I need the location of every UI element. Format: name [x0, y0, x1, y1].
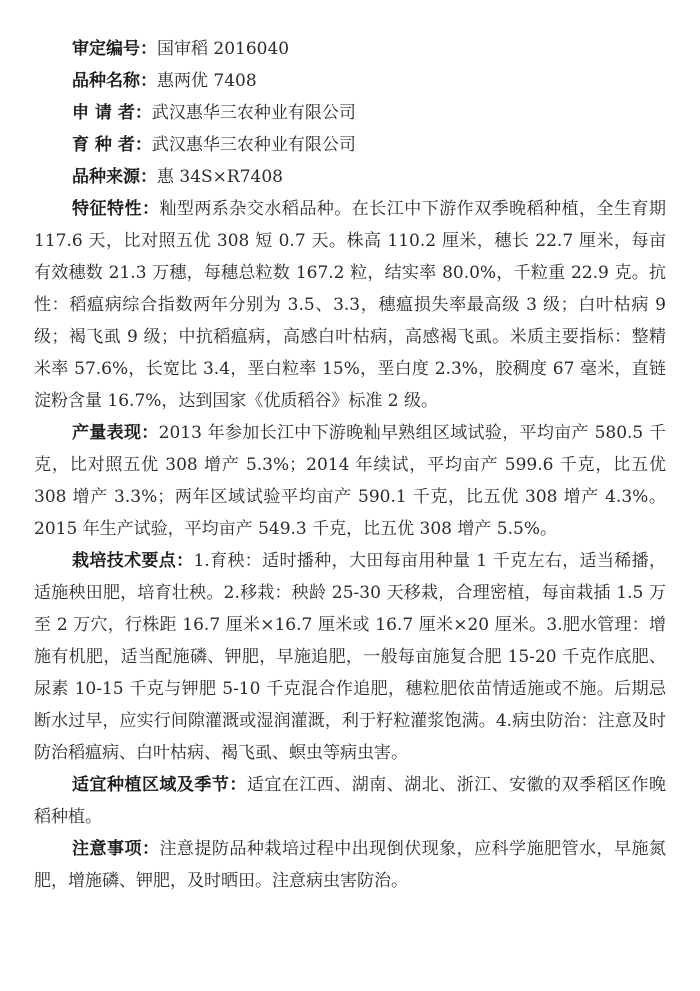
applicant-label: 申 请 者： [72, 103, 152, 123]
characteristics-text: 籼型两系杂交水稻品种。在长江中下游作双季晚稻种植，全生育期 117.6 天，比对… [34, 199, 666, 411]
variety-source-value: 惠 34S×R7408 [157, 167, 283, 187]
precautions-paragraph: 注意事项：注意提防品种栽培过程中出现倒伏现象，应科学施肥管水，早施氮肥，增施磷、… [34, 833, 666, 897]
variety-source-label: 品种来源： [72, 167, 157, 187]
precautions-heading: 注意事项： [72, 839, 159, 859]
yield-heading: 产量表现： [72, 423, 159, 443]
document-page: 审定编号：国审稻 2016040 品种名称：惠两优 7408 申 请 者：武汉惠… [34, 33, 666, 897]
characteristics-heading: 特征特性： [72, 199, 159, 219]
approval-number-value: 国审稻 2016040 [157, 39, 289, 59]
suitable-region-heading: 适宜种植区域及季节： [72, 775, 247, 795]
breeder-label: 育 种 者： [72, 135, 152, 155]
breeder-row: 育 种 者：武汉惠华三农种业有限公司 [34, 129, 666, 161]
approval-number-label: 审定编号： [72, 39, 157, 59]
approval-number-row: 审定编号：国审稻 2016040 [34, 33, 666, 65]
characteristics-paragraph: 特征特性：籼型两系杂交水稻品种。在长江中下游作双季晚稻种植，全生育期 117.6… [34, 193, 666, 417]
variety-name-label: 品种名称： [72, 71, 157, 91]
variety-name-value: 惠两优 7408 [157, 71, 257, 91]
applicant-value: 武汉惠华三农种业有限公司 [152, 103, 356, 123]
applicant-row: 申 请 者：武汉惠华三农种业有限公司 [34, 97, 666, 129]
suitable-region-paragraph: 适宜种植区域及季节：适宜在江西、湖南、湖北、浙江、安徽的双季稻区作晚稻种植。 [34, 769, 666, 833]
variety-name-row: 品种名称：惠两优 7408 [34, 65, 666, 97]
variety-source-row: 品种来源：惠 34S×R7408 [34, 161, 666, 193]
yield-paragraph: 产量表现：2013 年参加长江中下游晚籼早熟组区域试验，平均亩产 580.5 千… [34, 417, 666, 545]
cultivation-heading: 栽培技术要点： [72, 551, 194, 571]
cultivation-text: 1.育秧：适时播种，大田每亩用种量 1 千克左右，适当稀播，适施秧田肥，培育壮秧… [34, 551, 666, 763]
breeder-value: 武汉惠华三农种业有限公司 [152, 135, 356, 155]
cultivation-paragraph: 栽培技术要点：1.育秧：适时播种，大田每亩用种量 1 千克左右，适当稀播，适施秧… [34, 545, 666, 769]
